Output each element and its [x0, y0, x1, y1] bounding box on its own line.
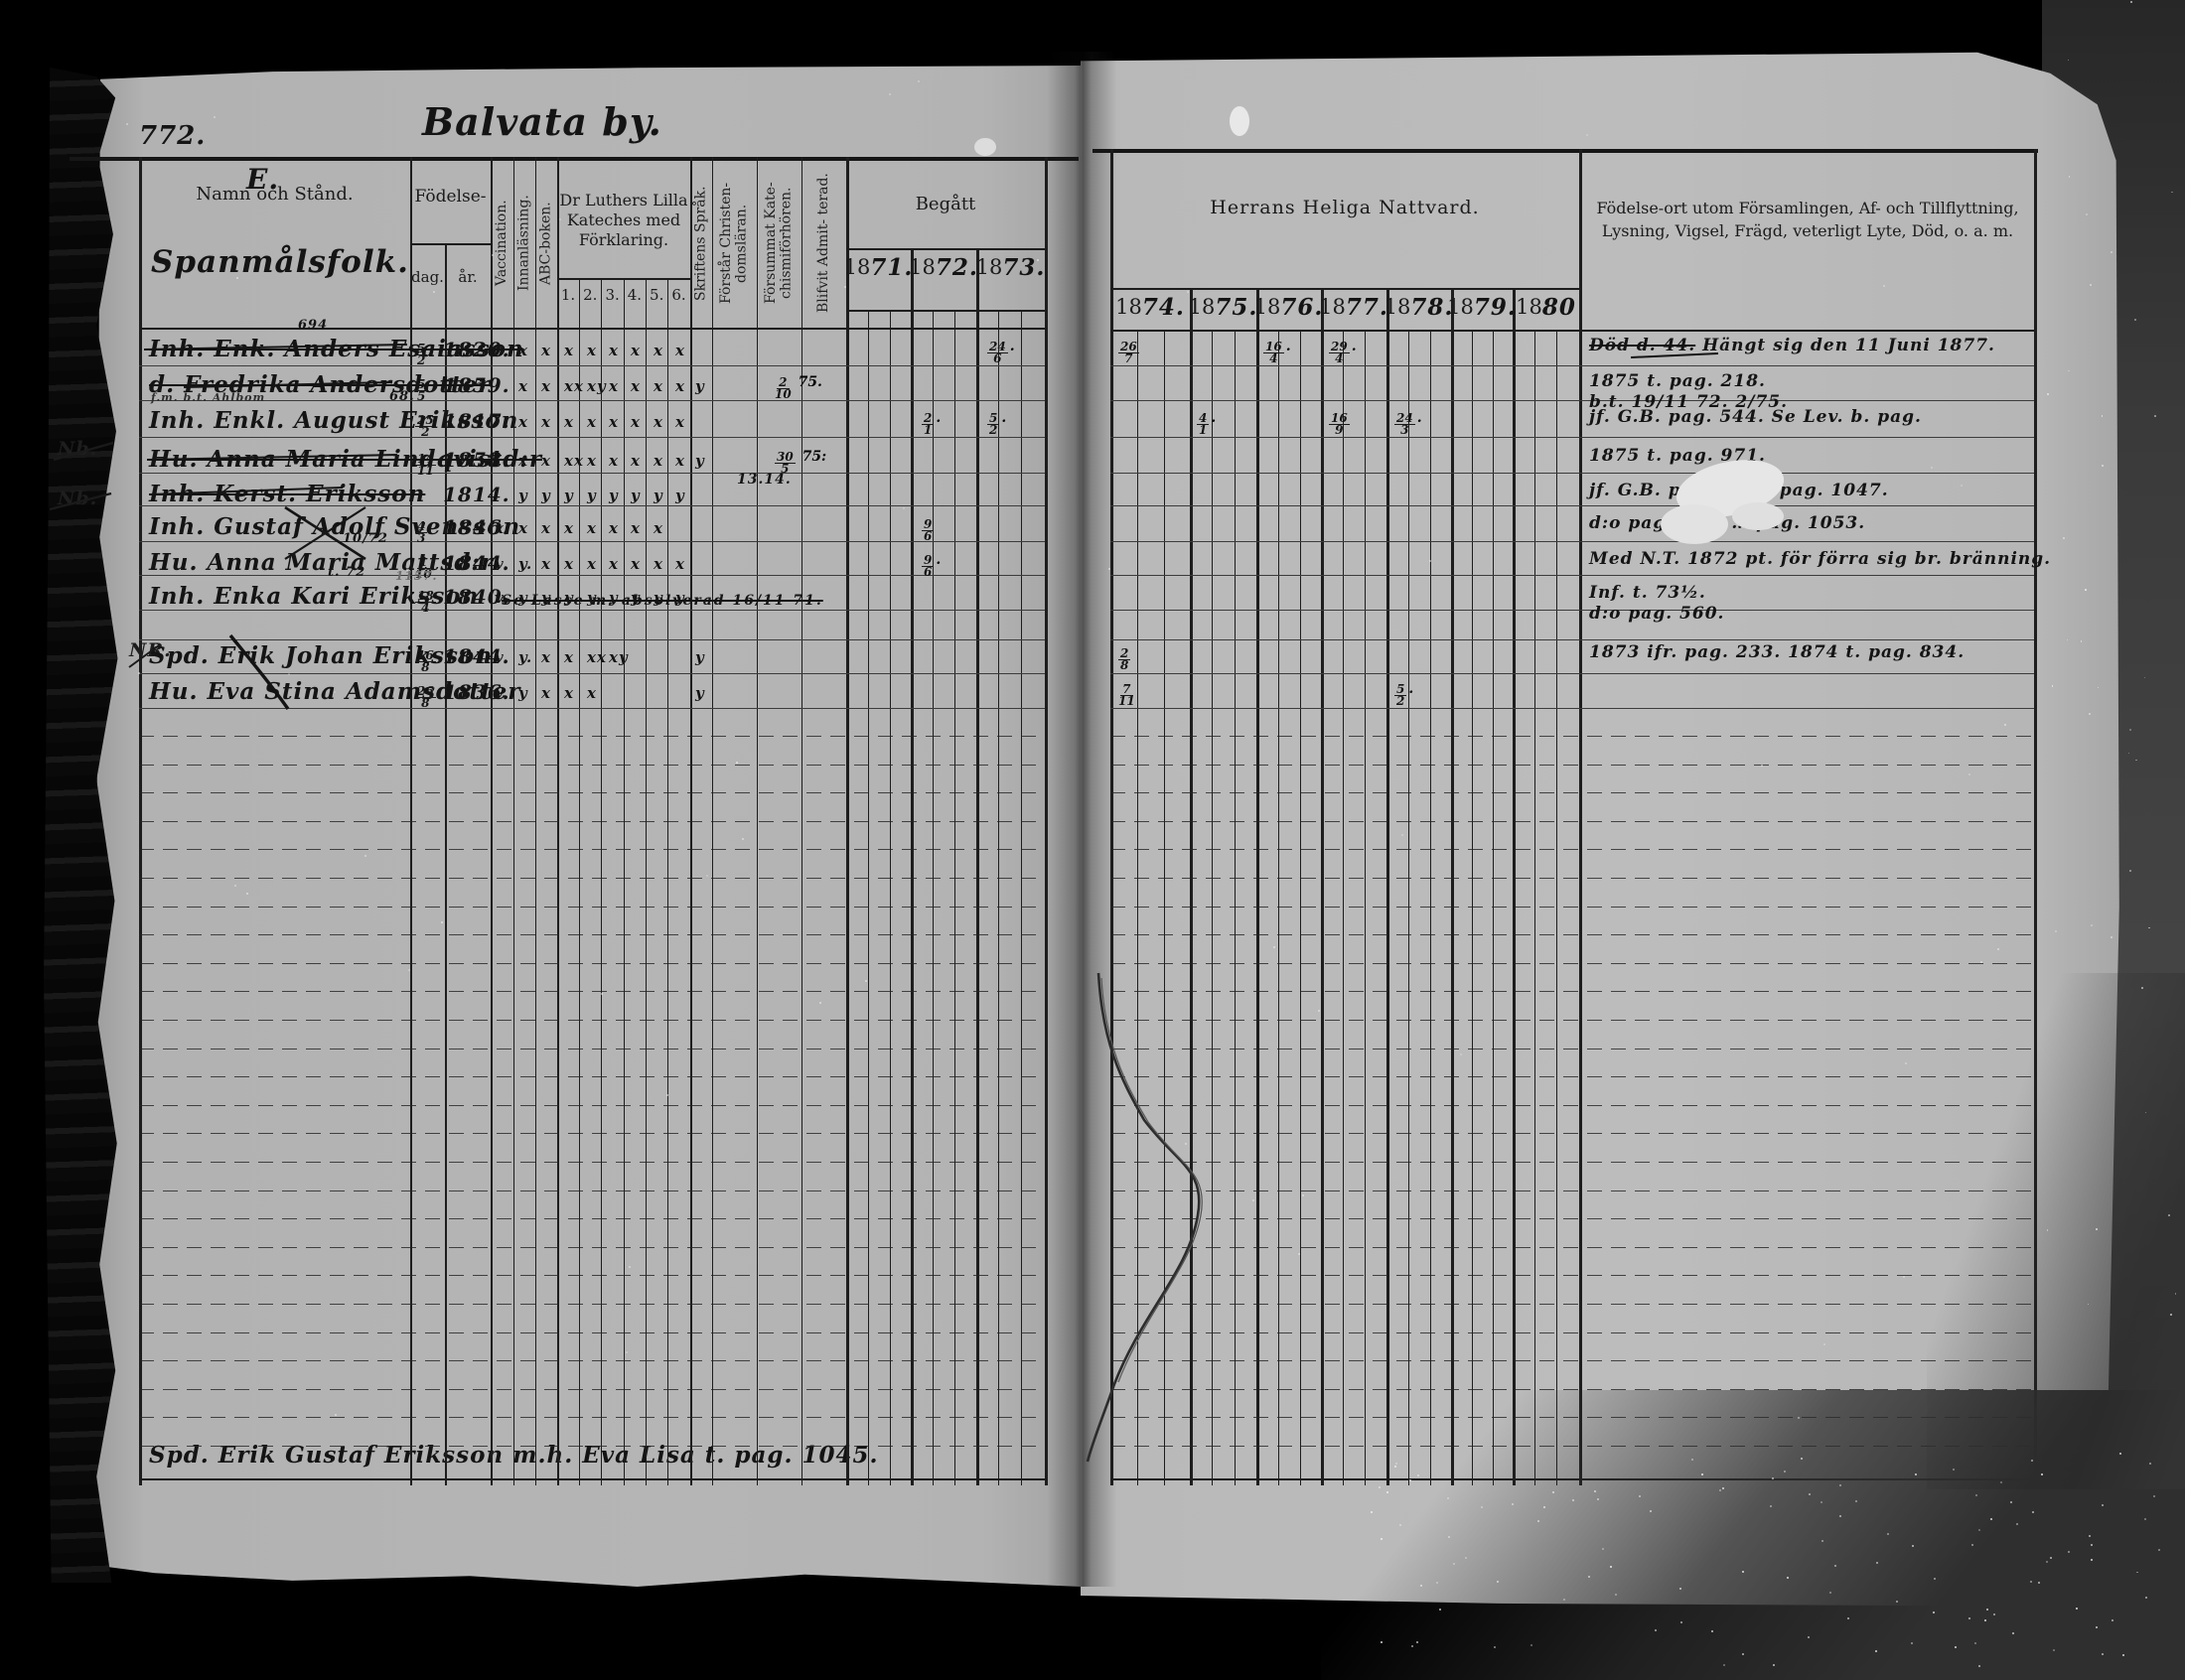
exam-mark: x — [541, 342, 551, 359]
date-fraction: 268 — [415, 686, 436, 710]
date-fraction: 96 — [922, 555, 934, 579]
exam-mark: y — [518, 684, 528, 702]
entry-communion-date-right: 294. — [1329, 336, 1357, 365]
exam-mark: x — [587, 519, 597, 537]
birth-year: 1844. — [443, 644, 491, 668]
note-text: 1875 t. pag. 218. — [1589, 371, 1766, 391]
vaccination-mark: v. — [495, 648, 509, 666]
year-printed-prefix: 18 — [1516, 295, 1542, 319]
note-line: jf. G.B. pag. 5… t. pag. 1047. — [1589, 481, 1889, 500]
birth-year: 1846. — [443, 515, 491, 539]
exam-mark: y — [587, 487, 597, 504]
exam-mark: x — [518, 413, 528, 431]
exam-mark: x — [609, 413, 619, 431]
date-fraction: 246 — [987, 342, 1008, 365]
entry-communion-date-right: 28 — [1118, 642, 1130, 672]
exam-mark: x — [518, 519, 528, 537]
entry-communion-date-right: 41. — [1197, 407, 1216, 437]
row-superscript: 68. — [389, 389, 415, 404]
exam-mark: x — [518, 452, 528, 470]
year-printed-prefix: 18 — [909, 255, 936, 279]
exam-mark: xx — [587, 648, 607, 666]
exam-mark: y — [609, 487, 619, 504]
year-label: 1880 — [1513, 290, 1579, 324]
entry-admitted-date: 210 75. — [775, 371, 822, 401]
exam-mark: y — [631, 487, 641, 504]
exam-mark: x — [541, 452, 551, 470]
date-rest: . — [1286, 339, 1291, 354]
exam-mark: x — [609, 377, 619, 395]
year-written-suffix: 71. — [870, 254, 913, 281]
exam-mark: x — [541, 684, 551, 702]
date-fraction: 96 — [922, 519, 934, 543]
note-text: Med N.T. 1872 pt. för förra sig br. brän… — [1589, 549, 2051, 569]
exam-mark: y — [518, 487, 528, 504]
note-line: Inf. t. 73½. — [1589, 583, 1706, 603]
exam-mark: y — [564, 487, 574, 504]
entry-birth-day: 168 — [415, 644, 436, 674]
exam-mark: x — [587, 342, 597, 359]
year-label: 1876. — [1256, 290, 1321, 324]
date-fraction: 243 — [1394, 413, 1415, 437]
birth-year: 1858. — [443, 448, 491, 472]
date-fraction: 169 — [1329, 413, 1350, 437]
note-text: d:o pag. 560. — [1589, 604, 1724, 624]
entry-communion-date-right: 711 — [1118, 678, 1135, 708]
date-fraction: 184 — [415, 591, 436, 615]
exam-mark: x — [587, 413, 597, 431]
exam-mark: x — [564, 519, 574, 537]
year-written-suffix: 76. — [1280, 294, 1323, 321]
crossed-out-note: Se Lasse m. absolverad 16/11 71. — [502, 593, 823, 609]
scan-shadow-right — [1927, 973, 2185, 1489]
row-superscript: t. 72 — [328, 565, 365, 580]
exam-mark: xx — [564, 377, 584, 395]
exam-mark: x — [675, 555, 685, 573]
entry-birth-day: 1411 — [415, 448, 436, 478]
entry-birth-day: 184 — [415, 585, 436, 615]
exam-mark: x — [518, 342, 528, 359]
note-text: 1873 ifr. pag. 233. 1874 t. pag. 834. — [1589, 642, 1965, 662]
date-rest: . — [1211, 410, 1216, 426]
year-written-suffix: 72. — [936, 254, 978, 281]
year-label: 1879. — [1451, 290, 1513, 324]
entry-birth-day: 252 — [415, 409, 436, 439]
catechism-number: 4. — [624, 284, 646, 306]
exam-mark: y. — [518, 555, 532, 573]
year-label: 1871. — [846, 250, 911, 284]
exam-mark: x — [631, 377, 641, 395]
exam-mark: y. — [518, 648, 532, 666]
date-fraction: 210 — [775, 377, 792, 401]
date-fraction: 1411 — [415, 454, 436, 478]
scripture-mark: y — [695, 377, 705, 395]
row-name: Inh. Kerst. Eriksson — [149, 481, 425, 507]
year-written-suffix: 79. — [1474, 294, 1517, 321]
catechism-number: 1. — [557, 284, 579, 306]
note-text: d:o pag. 555. … pag. 1053. — [1589, 513, 1865, 533]
exam-mark: y — [654, 487, 663, 504]
exam-mark: xy — [609, 648, 629, 666]
birth-year: 1840. — [443, 585, 491, 609]
date-rest: . — [936, 410, 941, 426]
entry-birth-day: 52 — [415, 338, 427, 367]
year-label: 1873. — [976, 250, 1045, 284]
scripture-mark: y — [695, 648, 705, 666]
admitted-note: 13.14. — [737, 472, 792, 488]
date-fraction: 711 — [1118, 684, 1135, 708]
exam-mark: x — [654, 519, 663, 537]
entry-communion-date-left: 21. — [922, 407, 941, 437]
row-tiny-note: f.m. b.t. Ahlbom — [151, 391, 265, 404]
margin-mark: Nb. — [58, 438, 97, 460]
exam-mark: x — [654, 452, 663, 470]
exam-mark: x — [675, 452, 685, 470]
date-fraction: 294 — [1329, 342, 1350, 365]
date-fraction: 252 — [415, 415, 436, 439]
margin-mark: Nb. — [58, 488, 97, 509]
exam-mark: x — [609, 452, 619, 470]
date-fraction: 43 — [415, 521, 427, 545]
note-text: jf. G.B. pag. 544. Se Lev. b. pag. — [1589, 407, 1922, 427]
row-name: Spd. Erik Johan Eriksson — [149, 642, 493, 669]
year-written-suffix: 73. — [1002, 254, 1045, 281]
note-line: d:o pag. 560. — [1589, 604, 1724, 624]
date-fraction: 168 — [415, 650, 436, 674]
year-printed-prefix: 18 — [1189, 295, 1216, 319]
exam-mark: x — [518, 377, 528, 395]
date-rest: . — [1408, 681, 1413, 697]
exam-mark: x — [631, 519, 641, 537]
date-fraction: 52 — [1394, 684, 1406, 708]
birth-year: 1817. — [443, 409, 491, 433]
year-printed-prefix: 18 — [1254, 295, 1281, 319]
exam-mark: x — [564, 684, 574, 702]
year-printed-prefix: 18 — [1319, 295, 1346, 319]
scanned-ledger-spread: 772. Balvata by. E. Namn och Stånd. Span… — [0, 0, 2185, 1680]
exam-mark: y — [675, 487, 685, 504]
entry-communion-date-left: 96. — [922, 549, 941, 579]
year-printed-prefix: 18 — [976, 255, 1003, 279]
exam-mark: x — [654, 377, 663, 395]
exam-mark: x — [541, 519, 551, 537]
note-line: d:o pag. 555. … pag. 1053. — [1589, 513, 1865, 533]
exam-mark: x — [564, 342, 574, 359]
birth-year: 1859. — [443, 373, 491, 397]
exam-mark: x — [541, 555, 551, 573]
exam-mark: x — [654, 413, 663, 431]
entry-communion-date-right: 243. — [1394, 407, 1422, 437]
entry-communion-date-right: 267 — [1118, 336, 1139, 365]
entry-communion-date-right: 52. — [1394, 678, 1413, 708]
date-rest: . — [1352, 339, 1357, 354]
date-rest: 75. — [794, 374, 822, 390]
year-written-suffix: 75. — [1215, 294, 1257, 321]
exam-mark: x — [541, 648, 551, 666]
exam-mark: x — [654, 555, 663, 573]
entry-communion-date-left: 246. — [987, 336, 1015, 365]
entry-communion-date-left: 96 — [922, 513, 934, 543]
vaccination-mark: v. — [495, 555, 509, 573]
exam-mark: x — [675, 413, 685, 431]
exam-mark: x — [675, 377, 685, 395]
exam-mark: x — [631, 342, 641, 359]
catechism-number: 6. — [668, 284, 690, 306]
date-rest: . — [1001, 410, 1006, 426]
exam-mark: xx — [564, 452, 584, 470]
vaccination-mark: x. — [495, 519, 510, 537]
catechism-number: 5. — [646, 284, 667, 306]
year-label: 1872. — [911, 250, 976, 284]
year-printed-prefix: 18 — [844, 255, 871, 279]
exam-mark: x — [609, 519, 619, 537]
birth-year: 1844. — [443, 551, 491, 575]
date-fraction: 41 — [1197, 413, 1209, 437]
exam-mark: x — [564, 555, 574, 573]
catechism-number: 2. — [579, 284, 601, 306]
exam-mark: x — [631, 413, 641, 431]
exam-mark: x — [675, 342, 685, 359]
row-superscript: 10/72 — [343, 531, 388, 546]
row-name: Hu. Anna Maria Mattsd:r — [149, 549, 494, 576]
entry-communion-date-right: 164. — [1263, 336, 1291, 365]
note-line: Död d. 44. Hängt sig den 11 Juni 1877. — [1589, 336, 1995, 355]
catechism-number: 3. — [602, 284, 624, 306]
note-text: Inf. t. 73½. — [1589, 583, 1706, 603]
year-written-suffix: 77. — [1346, 294, 1388, 321]
note-line: Med N.T. 1872 pt. för förra sig br. brän… — [1589, 549, 2051, 569]
year-printed-prefix: 18 — [1447, 295, 1474, 319]
year-label: 1874. — [1110, 290, 1190, 324]
year-printed-prefix: 18 — [1384, 295, 1411, 319]
year-label: 1877. — [1321, 290, 1386, 324]
birth-year: 1820. — [443, 338, 491, 361]
exam-mark: x — [631, 452, 641, 470]
exam-mark: x — [609, 342, 619, 359]
date-fraction: 52 — [415, 344, 427, 367]
exam-mark: x — [654, 342, 663, 359]
date-rest: . — [1010, 339, 1015, 354]
date-fraction: 267 — [1118, 342, 1139, 365]
entry-communion-date-right: 169 — [1329, 407, 1350, 437]
date-fraction: 55 — [415, 379, 427, 403]
exam-mark: x — [609, 555, 619, 573]
exam-mark: y — [541, 487, 551, 504]
date-rest: 75: — [798, 449, 827, 465]
note-line: 1875 t. pag. 218. — [1589, 371, 1766, 391]
entry-birth-day: 55 — [415, 373, 427, 403]
exam-mark: x — [564, 413, 574, 431]
exam-mark: x — [541, 377, 551, 395]
row-superscript: 694 — [298, 318, 328, 333]
year-written-suffix: 74. — [1142, 294, 1185, 321]
exam-mark: x — [541, 413, 551, 431]
year-label: 1878. — [1386, 290, 1451, 324]
date-fraction: 21 — [922, 413, 934, 437]
note-struck-part: Död d. 44. — [1589, 336, 1695, 355]
vaccination-mark: v. — [495, 684, 509, 702]
birth-year: 1836. — [443, 680, 491, 704]
note-line: 1873 ifr. pag. 233. 1874 t. pag. 834. — [1589, 642, 1965, 662]
year-label: 1875. — [1190, 290, 1256, 324]
note-text: jf. G.B. pag. 5… t. pag. 1047. — [1589, 481, 1889, 500]
exam-mark: x — [587, 555, 597, 573]
date-rest: . — [936, 552, 941, 568]
scripture-mark: y — [695, 684, 705, 702]
entry-birth-day: 43 — [415, 515, 427, 545]
exam-mark: x — [587, 684, 597, 702]
exam-mark: xy — [587, 377, 607, 395]
year-printed-prefix: 18 — [1115, 295, 1142, 319]
row-pencil-note: 1157. — [395, 569, 438, 583]
birth-year: 1814. — [443, 483, 491, 506]
note-text: Hängt sig den 11 Juni 1877. — [1695, 336, 1995, 355]
scripture-mark: y — [695, 452, 705, 470]
entry-communion-date-left: 52. — [987, 407, 1006, 437]
date-fraction: 164 — [1263, 342, 1284, 365]
note-line: 1875 t. pag. 971. — [1589, 446, 1766, 466]
note-text: 1875 t. pag. 971. — [1589, 446, 1766, 466]
date-fraction: 28 — [1118, 648, 1130, 672]
date-rest: . — [1417, 410, 1422, 426]
exam-mark: x — [587, 452, 597, 470]
year-written-suffix: 80 — [1542, 294, 1576, 321]
exam-mark: x — [631, 555, 641, 573]
exam-mark: x — [564, 648, 574, 666]
entry-birth-day: 268 — [415, 680, 436, 710]
date-fraction: 52 — [987, 413, 999, 437]
note-line: jf. G.B. pag. 544. Se Lev. b. pag. — [1589, 407, 1922, 427]
